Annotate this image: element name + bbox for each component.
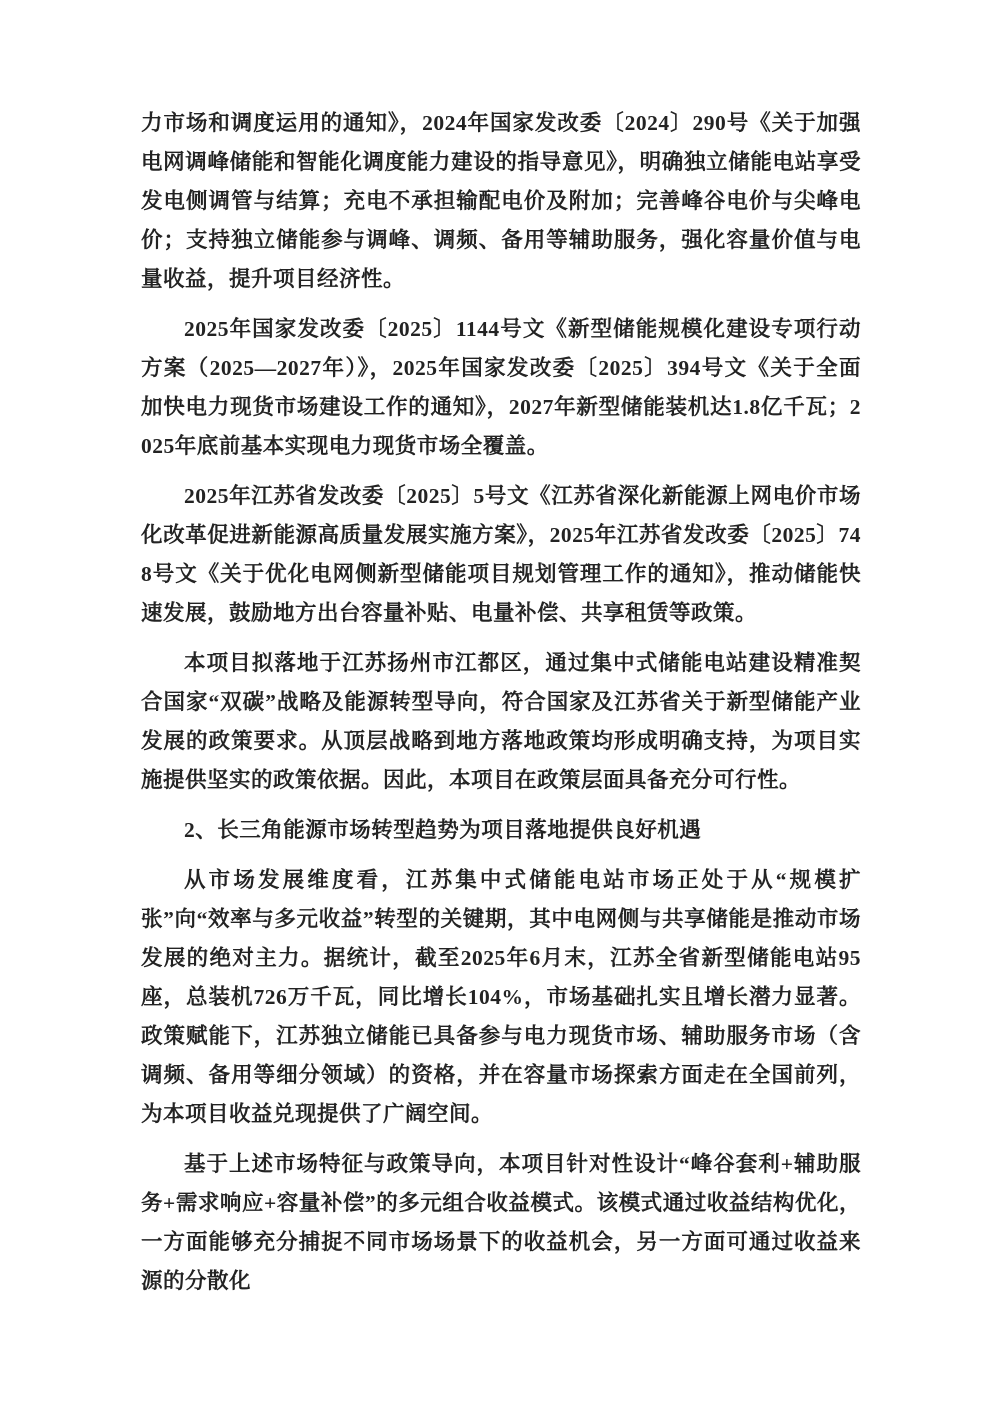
paragraph-ndrc-2025-plan: 2025年国家发改委〔2025〕1144号文《新型储能规模化建设专项行动方案（2…: [141, 310, 861, 466]
paragraph-jiangsu-policy: 2025年江苏省发改委〔2025〕5号文《江苏省深化新能源上网电价市场化改革促进…: [141, 477, 861, 633]
paragraph-policy-continuation: 力市场和调度运用的通知》，2024年国家发改委〔2024〕290号《关于加强电网…: [141, 104, 861, 299]
paragraph-project-policy-feasibility: 本项目拟落地于江苏扬州市江都区，通过集中式储能电站建设精准契合国家“双碳”战略及…: [141, 644, 861, 800]
paragraph-market-analysis: 从市场发展维度看，江苏集中式储能电站市场正处于从“规模扩张”向“效率与多元收益”…: [141, 861, 861, 1134]
document-page: 力市场和调度运用的通知》，2024年国家发改委〔2024〕290号《关于加强电网…: [0, 0, 1000, 1414]
paragraph-revenue-model: 基于上述市场特征与政策导向，本项目针对性设计“峰谷套利+辅助服务+需求响应+容量…: [141, 1145, 861, 1301]
subheading-market-opportunity: 2、长三角能源市场转型趋势为项目落地提供良好机遇: [141, 811, 861, 850]
